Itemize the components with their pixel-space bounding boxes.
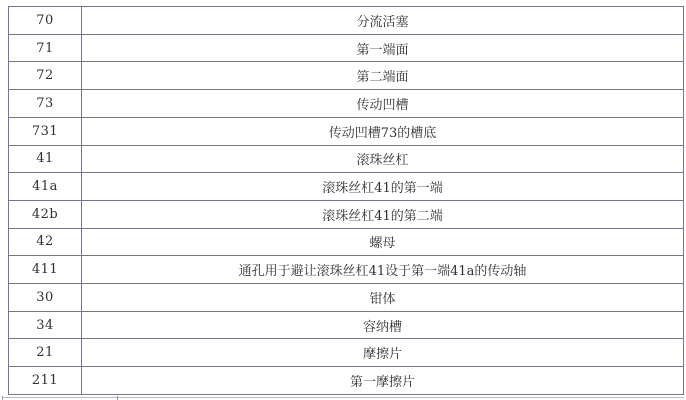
ref-number-cell: 731 <box>9 117 82 145</box>
ref-description-cell: 第二端面 <box>82 62 684 90</box>
cutoff-tick-left <box>2 396 3 400</box>
table-row: 30钳体 <box>9 284 684 312</box>
ref-number-cell: 72 <box>9 62 82 90</box>
ref-description-cell: 第一摩擦片 <box>82 367 684 395</box>
table-row: 73传动凹槽 <box>9 90 684 118</box>
ref-number-cell: 30 <box>9 284 82 312</box>
ref-description-cell: 滚珠丝杠41的第二端 <box>82 200 684 228</box>
ref-number-cell: 42 <box>9 228 82 256</box>
ref-description-cell: 滚珠丝杠 <box>82 145 684 173</box>
table-row: 41滚珠丝杠 <box>9 145 684 173</box>
table-row: 42螺母 <box>9 228 684 256</box>
ref-number-cell: 70 <box>9 7 82 35</box>
ref-description-cell: 传动凹槽73的槽底 <box>82 117 684 145</box>
ref-description-cell: 钳体 <box>82 284 684 312</box>
table-row: 211第一摩擦片 <box>9 367 684 395</box>
table-row: 41a滚珠丝杠41的第一端 <box>9 173 684 201</box>
ref-description-cell: 容纳槽 <box>82 311 684 339</box>
ref-description-cell: 分流活塞 <box>82 7 684 35</box>
ref-number-cell: 41 <box>9 145 82 173</box>
cutoff-next-row-line <box>2 397 684 398</box>
ref-description-cell: 滚珠丝杠41的第一端 <box>82 173 684 201</box>
reference-numerals-table: 70分流活塞71第一端面72第二端面73传动凹槽731传动凹槽73的槽底41滚珠… <box>8 6 684 395</box>
table-row: 70分流活塞 <box>9 7 684 35</box>
table-row: 21摩擦片 <box>9 339 684 367</box>
ref-description-cell: 螺母 <box>82 228 684 256</box>
table-row: 731传动凹槽73的槽底 <box>9 117 684 145</box>
table-row: 71第一端面 <box>9 34 684 62</box>
table-row: 72第二端面 <box>9 62 684 90</box>
ref-number-cell: 411 <box>9 256 82 284</box>
ref-description-cell: 第一端面 <box>82 34 684 62</box>
ref-number-cell: 42b <box>9 200 82 228</box>
ref-description-cell: 摩擦片 <box>82 339 684 367</box>
table-row: 34容纳槽 <box>9 311 684 339</box>
ref-number-cell: 71 <box>9 34 82 62</box>
ref-number-cell: 34 <box>9 311 82 339</box>
page: 70分流活塞71第一端面72第二端面73传动凹槽731传动凹槽73的槽底41滚珠… <box>0 0 686 400</box>
ref-description-cell: 传动凹槽 <box>82 90 684 118</box>
table-row: 411通孔用于避让滚珠丝杠41设于第一端41a的传动轴 <box>9 256 684 284</box>
ref-number-cell: 21 <box>9 339 82 367</box>
table-body: 70分流活塞71第一端面72第二端面73传动凹槽731传动凹槽73的槽底41滚珠… <box>9 7 684 395</box>
cutoff-tick-mid <box>117 396 118 400</box>
ref-number-cell: 73 <box>9 90 82 118</box>
ref-number-cell: 211 <box>9 367 82 395</box>
table-row: 42b滚珠丝杠41的第二端 <box>9 200 684 228</box>
ref-description-cell: 通孔用于避让滚珠丝杠41设于第一端41a的传动轴 <box>82 256 684 284</box>
ref-number-cell: 41a <box>9 173 82 201</box>
